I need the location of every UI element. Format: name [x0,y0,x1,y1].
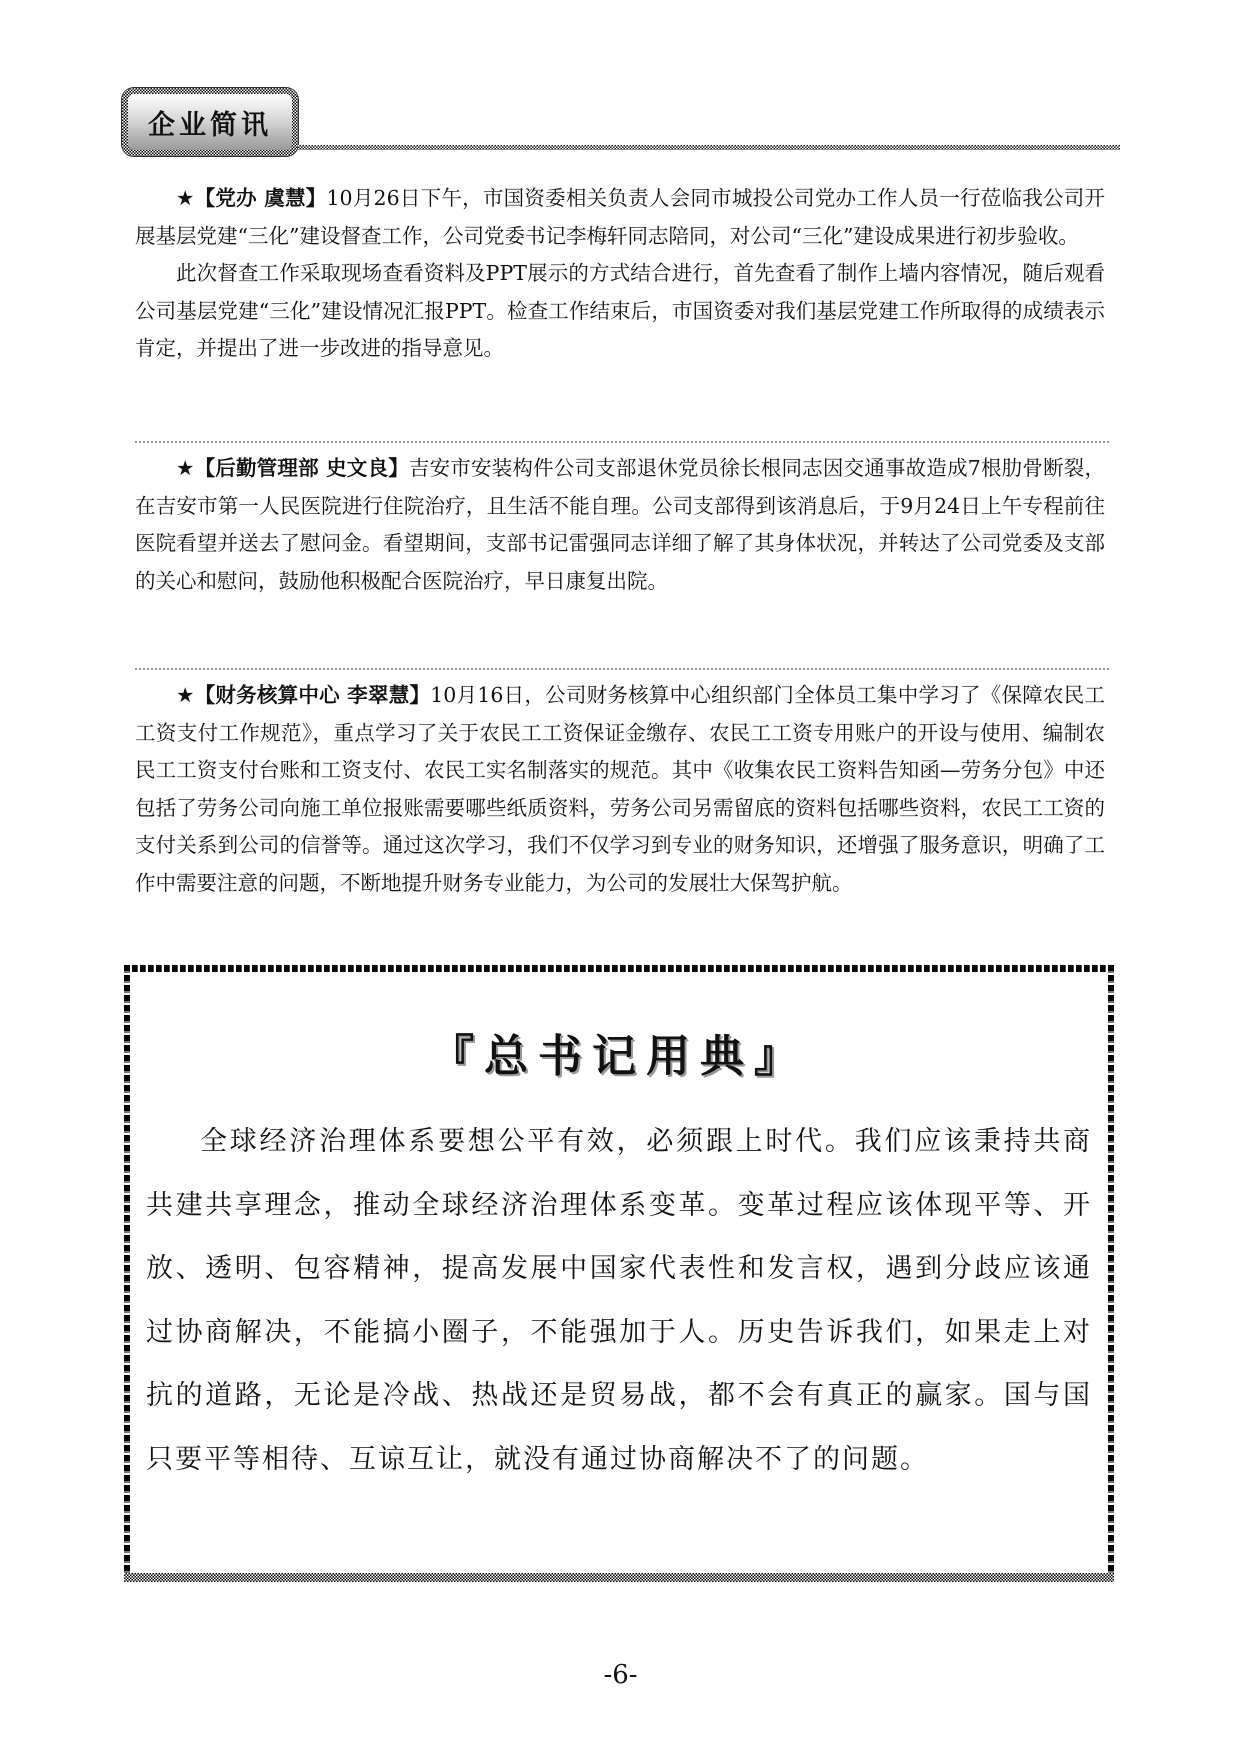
section-title: 企业简讯 [148,103,272,142]
divider [135,668,1110,670]
section-header-badge: 企业简讯 [122,88,298,156]
news-item-party-office: ★【党办 虞慧】10月26日下午，市国资委相关负责人会同市城投公司党办工作人员一… [135,180,1105,368]
header-rule [298,145,1120,150]
page-number: -6- [0,1660,1241,1690]
box-border-bottom [124,1573,1114,1582]
box-border-top [124,965,1114,972]
quote-box: 『总书记用典』 全球经济治理体系要想公平有效，必须跟上时代。我们应该秉持共商共建… [124,965,1114,1582]
news-item-finance: ★【财务核算中心 李翠慧】10月16日，公司财务核算中心组织部门全体员工集中学习… [135,677,1105,902]
news-paragraph: ★【党办 虞慧】10月26日下午，市国资委相关负责人会同市城投公司党办工作人员一… [135,180,1105,255]
news-paragraph: ★【后勤管理部 史文良】吉安市安装构件公司支部退休党员徐长根同志因交通事故造成7… [135,450,1105,600]
news-paragraph: 此次督查工作采取现场查看资料及PPT展示的方式结合进行，首先查看了制作上墙内容情… [135,255,1105,368]
news-byline: ★【财务核算中心 李翠慧】 [176,683,430,707]
quote-body: 全球经济治理体系要想公平有效，必须跟上时代。我们应该秉持共商共建共享理念，推动全… [146,1110,1092,1491]
news-item-logistics: ★【后勤管理部 史文良】吉安市安装构件公司支部退休党员徐长根同志因交通事故造成7… [135,450,1105,600]
news-paragraph: ★【财务核算中心 李翠慧】10月16日，公司财务核算中心组织部门全体员工集中学习… [135,677,1105,902]
news-byline: ★【党办 虞慧】 [176,186,326,210]
quote-title: 『总书记用典』 [124,1020,1114,1084]
divider [135,441,1110,443]
quote-paragraph: 全球经济治理体系要想公平有效，必须跟上时代。我们应该秉持共商共建共享理念，推动全… [146,1110,1092,1491]
news-byline: ★【后勤管理部 史文良】 [176,456,409,480]
